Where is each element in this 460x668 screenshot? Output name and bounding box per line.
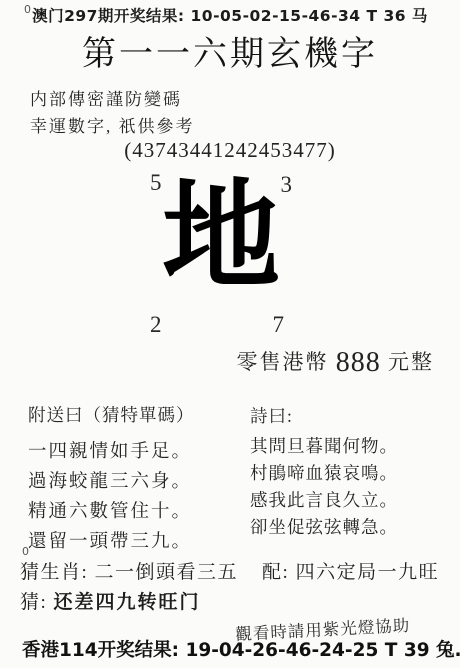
price-prefix: 零售港幣 [237, 350, 329, 374]
macau-draw-result: 澳门297期开奖结果: 10-05-02-15-46-34 T 36 马 [0, 4, 460, 26]
mystery-character: 地 [138, 178, 304, 298]
zodiac-guess-label: 猜生肖: [20, 562, 88, 583]
pair-text: 四六定局一九旺 [296, 562, 440, 583]
hk-draw-result: 香港114开奖结果: 19-04-26-46-24-25 T 39 兔. [22, 636, 460, 662]
corner-number-bottom-right: 7 [273, 312, 285, 338]
special-guess-line: 猜: 还差四九转旺门 [20, 587, 201, 614]
retail-price-line: 零售港幣 888 元整 [237, 346, 435, 379]
price-suffix: 元整 [388, 350, 434, 374]
bonus-verse-header: 附送曰（猜特單碼） [28, 402, 243, 427]
mystery-character-block: 5 3 地 2 7 [138, 170, 304, 338]
lucky-numbers: (43743441242453477) [0, 138, 460, 163]
bonus-verse-line: 精通六數管住十。 [28, 497, 243, 527]
pair-label: 配: [262, 562, 289, 583]
special-guess-label: 猜: [20, 592, 47, 613]
bonus-verse-line: 過海蛟龍三六身。 [28, 467, 243, 497]
poem-line: 其問旦暮聞何物。 [250, 433, 460, 460]
price-amount: 888 [336, 347, 381, 378]
poem-line: 感我此言良久立。 [250, 487, 460, 514]
page-title: 第一一六期玄機字 [0, 26, 460, 75]
zodiac-guess-line: 猜生肖: 二一倒頭看三五配: 四六定局一九旺 [20, 557, 439, 584]
bonus-verse-column: 附送曰（猜特單碼） 一四親情如手足。 過海蛟龍三六身。 精通六數管住十。 還留一… [28, 402, 243, 557]
bonus-verse-line: 一四親情如手足。 [28, 437, 243, 467]
poem-header: 詩曰: [250, 403, 460, 428]
poem-line: 卻坐促弦弦轉急。 [250, 514, 460, 541]
special-guess-text: 还差四九转旺门 [54, 592, 201, 613]
corner-number-bottom-left: 2 [150, 312, 162, 338]
poem-column: 詩曰: 其問旦暮聞何物。 村鵑啼血猿哀鳴。 感我此言良久立。 卻坐促弦弦轉急。 [250, 403, 460, 541]
lucky-note-line: 幸運數字, 祇供參考 [30, 112, 195, 137]
bonus-verse-line: 還留一頭帶三九。 [28, 527, 243, 557]
internal-note-line: 内部傳密謹防變碼 [30, 85, 182, 110]
poem-line: 村鵑啼血猿哀鳴。 [250, 460, 460, 487]
zodiac-guess-text: 二一倒頭看三五 [95, 562, 239, 583]
